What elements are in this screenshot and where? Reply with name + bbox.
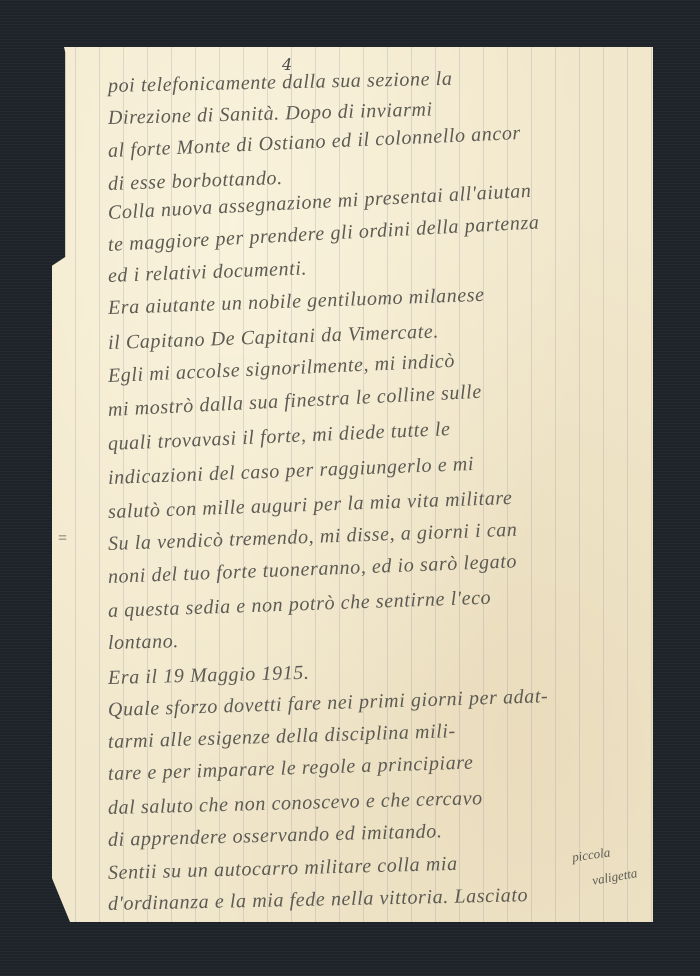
text-line-17: a questa sedia e non potrò che sentirne … (108, 582, 638, 623)
text-line-1: poi telefonicamente dalla sua sezione la (108, 64, 638, 98)
text-line-25: Sentii su un autocarro militare colla mi… (108, 848, 638, 885)
text-line-24: di apprendere osservando ed imitando. (108, 815, 638, 852)
margin-mark-equals: = (58, 530, 67, 548)
text-line-26: d'ordinanza e la mia fede nella vittoria… (108, 882, 638, 916)
text-line-22: tare e per imparare le regole a principi… (108, 746, 638, 786)
text-line-13: indicazioni del caso per raggiungerlo e … (108, 447, 638, 490)
text-line-18: lontano. (108, 618, 638, 655)
manuscript-page: 4 poi telefonicamente dalla sua sezione … (52, 47, 653, 922)
text-line-23: dal saluto che non conoscevo e che cerca… (108, 783, 638, 820)
